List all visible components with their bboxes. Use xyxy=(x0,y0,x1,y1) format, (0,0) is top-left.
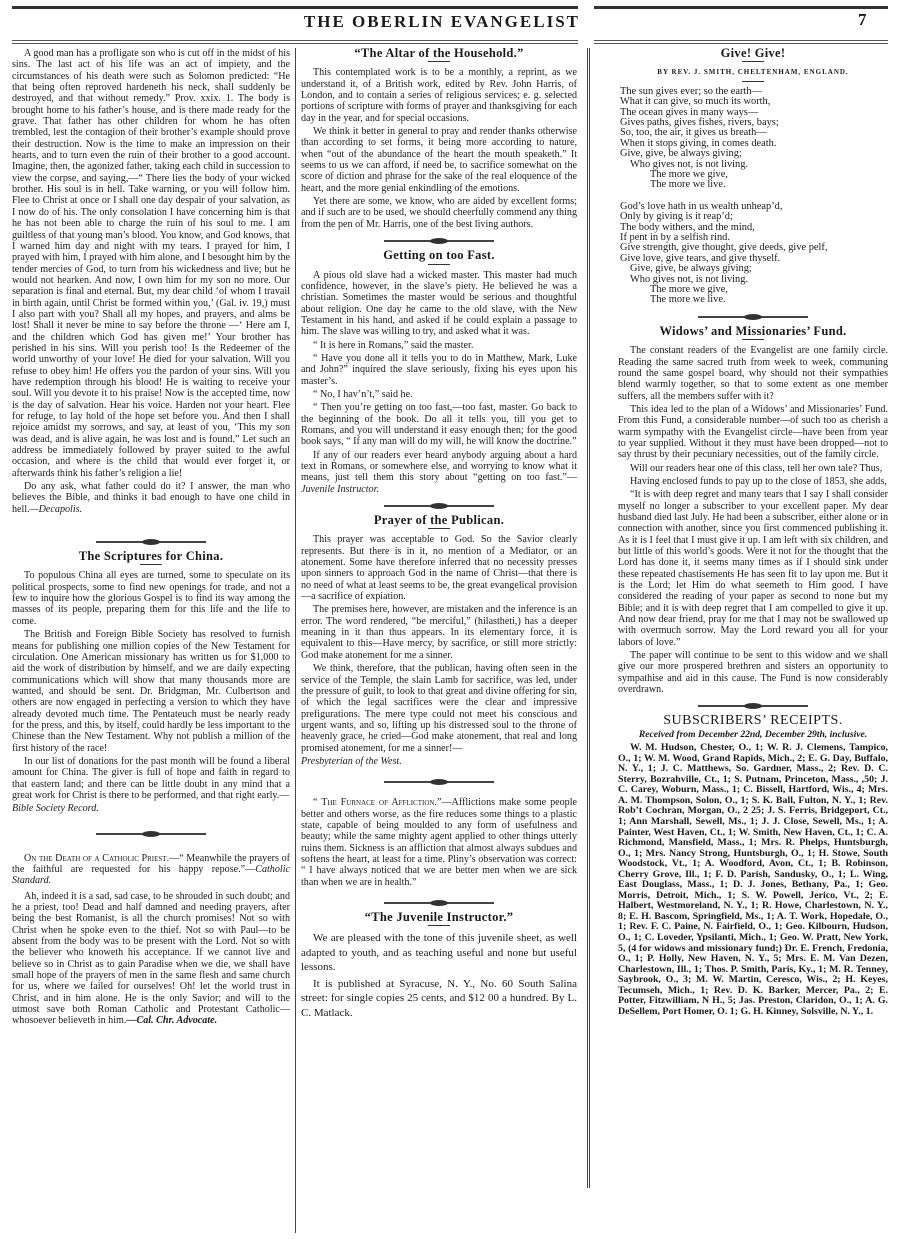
paragraph: The British and Foreign Bible Society ha… xyxy=(12,629,290,754)
column-1: A good man has a profligate son who is c… xyxy=(12,48,290,1029)
paragraph: In our list of donations for the past mo… xyxy=(12,756,290,801)
paragraph: “ Have you done all it tells you to do i… xyxy=(301,353,577,387)
paragraph: This contemplated work is to be a monthl… xyxy=(301,67,577,124)
subscribers-receipts: SUBSCRIBERS’ RECEIPTS. Received from Dec… xyxy=(618,715,888,1017)
paragraph: “ It is here in Romans,” said the master… xyxy=(301,340,577,351)
paragraph: “It is with deep regret and many tears t… xyxy=(618,489,888,648)
header-rule-right xyxy=(594,40,888,41)
paragraph: A good man has a profligate son who is c… xyxy=(12,48,290,479)
header-rule-right-2 xyxy=(594,43,888,44)
top-rule-right xyxy=(594,6,888,9)
article-source: Juvenile Instructor. xyxy=(301,484,379,495)
article-profligate-son: A good man has a profligate son who is c… xyxy=(12,48,290,515)
article-title: Getting on too Fast. xyxy=(301,250,577,261)
header-rule-left xyxy=(12,40,578,41)
paragraph: On the Death of a Catholic Priest.—“ Mea… xyxy=(12,853,290,887)
poem-stanza-2: God’s love hath in us wealth unheap’d, O… xyxy=(620,202,888,306)
paragraph: It is published at Syracuse, N. Y., No. … xyxy=(301,977,577,1021)
paragraph: Do any ask, what father could do it? I a… xyxy=(12,481,290,515)
paragraph: This prayer was acceptable to God. So th… xyxy=(301,534,577,602)
ornamental-rule xyxy=(384,505,494,507)
paragraph: Having enclosed funds to pay up to the c… xyxy=(618,476,888,487)
title-rule xyxy=(140,564,162,565)
ornamental-rule xyxy=(384,781,494,783)
paragraph: Yet there are some, we know, who are aid… xyxy=(301,196,577,230)
paragraph: Will our readers hear one of this class,… xyxy=(618,463,888,474)
article-source: —Cal. Chr. Advocate. xyxy=(126,1015,217,1026)
article-source: Bible Society Record. xyxy=(12,803,290,814)
receipts-title: SUBSCRIBERS’ RECEIPTS. xyxy=(618,715,888,726)
ornamental-rule xyxy=(96,541,206,543)
poem-byline: BY REV. J. SMITH, CHELTENHAM, ENGLAND. xyxy=(618,67,888,78)
article-source: —Decapolis. xyxy=(30,504,82,515)
paragraph: We think, therefore, that the publican, … xyxy=(301,663,577,754)
article-altar-household: “The Altar of the Household.” This conte… xyxy=(301,48,577,230)
article-scriptures-china: The Scriptures for China. To populous Ch… xyxy=(12,551,290,815)
poem-stanza-1: The sun gives ever; so the earth— What i… xyxy=(620,87,888,191)
receipts-list: W. M. Hudson, Chester, O., 1; W. R. J. C… xyxy=(618,743,888,1017)
title-rule xyxy=(428,264,450,265)
paragraph: This idea led to the plan of a Widows’ a… xyxy=(618,404,888,461)
article-title: The Scriptures for China. xyxy=(12,551,290,562)
paragraph: The constant readers of the Evangelist a… xyxy=(618,345,888,402)
ornamental-rule xyxy=(698,705,808,707)
receipts-subtitle: Received from December 22nd, December 29… xyxy=(618,729,888,740)
paragraph: If any of our readers ever heard anybody… xyxy=(301,450,577,495)
page-number: 7 xyxy=(858,10,867,30)
title-rule xyxy=(742,61,764,62)
ornamental-rule xyxy=(698,316,808,318)
paragraph: “ The Furnace of Affliction.”—Affliction… xyxy=(301,797,577,888)
article-source: Presbyterian of the West. xyxy=(301,756,577,767)
ornamental-rule xyxy=(96,833,206,835)
article-title: Prayer of the Publican. xyxy=(301,515,577,526)
poem-give-give: Give! Give! BY REV. J. SMITH, CHELTENHAM… xyxy=(618,48,888,306)
article-juvenile-instructor: “The Juvenile Instructor.” We are please… xyxy=(301,912,577,1020)
top-rule-left xyxy=(12,6,578,9)
paragraph: A pious old slave had a wicked master. T… xyxy=(301,270,577,338)
article-prayer-publican: Prayer of the Publican. This prayer was … xyxy=(301,515,577,767)
ornamental-rule xyxy=(384,902,494,904)
masthead: THE OBERLIN EVANGELIST xyxy=(300,12,580,32)
ornamental-rule xyxy=(384,240,494,242)
title-rule xyxy=(428,61,450,62)
article-getting-on-too-fast: Getting on too Fast. A pious old slave h… xyxy=(301,250,577,495)
column-divider-1 xyxy=(295,48,296,1233)
article-catholic-priest: On the Death of a Catholic Priest.—“ Mea… xyxy=(12,853,290,1027)
column-divider-2 xyxy=(587,48,588,1188)
paragraph: “ Then you’re getting on too fast,—too f… xyxy=(301,402,577,447)
article-title: Widows’ and Missionaries’ Fund. xyxy=(618,326,888,337)
paragraph: To populous China all eyes are turned, s… xyxy=(12,570,290,627)
title-rule xyxy=(428,925,450,926)
header-rule-left-2 xyxy=(12,43,578,44)
paragraph: We think it better in general to pray an… xyxy=(301,126,577,194)
article-widows-fund: Widows’ and Missionaries’ Fund. The cons… xyxy=(618,326,888,696)
column-3: Give! Give! BY REV. J. SMITH, CHELTENHAM… xyxy=(618,48,888,1017)
article-title: “The Altar of the Household.” xyxy=(301,48,577,59)
column-divider-2b xyxy=(589,48,590,1188)
paragraph: The paper will continue to be sent to th… xyxy=(618,650,888,695)
column-2: “The Altar of the Household.” This conte… xyxy=(301,48,577,1022)
title-rule xyxy=(742,81,764,82)
article-title: “The Juvenile Instructor.” xyxy=(301,912,577,923)
paragraph: We are pleased with the tone of this juv… xyxy=(301,931,577,975)
poem-title: Give! Give! xyxy=(618,48,888,59)
title-rule xyxy=(742,339,764,340)
paragraph: “ No, I hav’n’t,” said he. xyxy=(301,389,577,400)
article-furnace-affliction: “ The Furnace of Affliction.”—Affliction… xyxy=(301,797,577,888)
title-rule xyxy=(428,528,450,529)
paragraph: Ah, indeed it is a sad, sad case, to be … xyxy=(12,891,290,1027)
paragraph: The premises here, however, are mistaken… xyxy=(301,604,577,661)
